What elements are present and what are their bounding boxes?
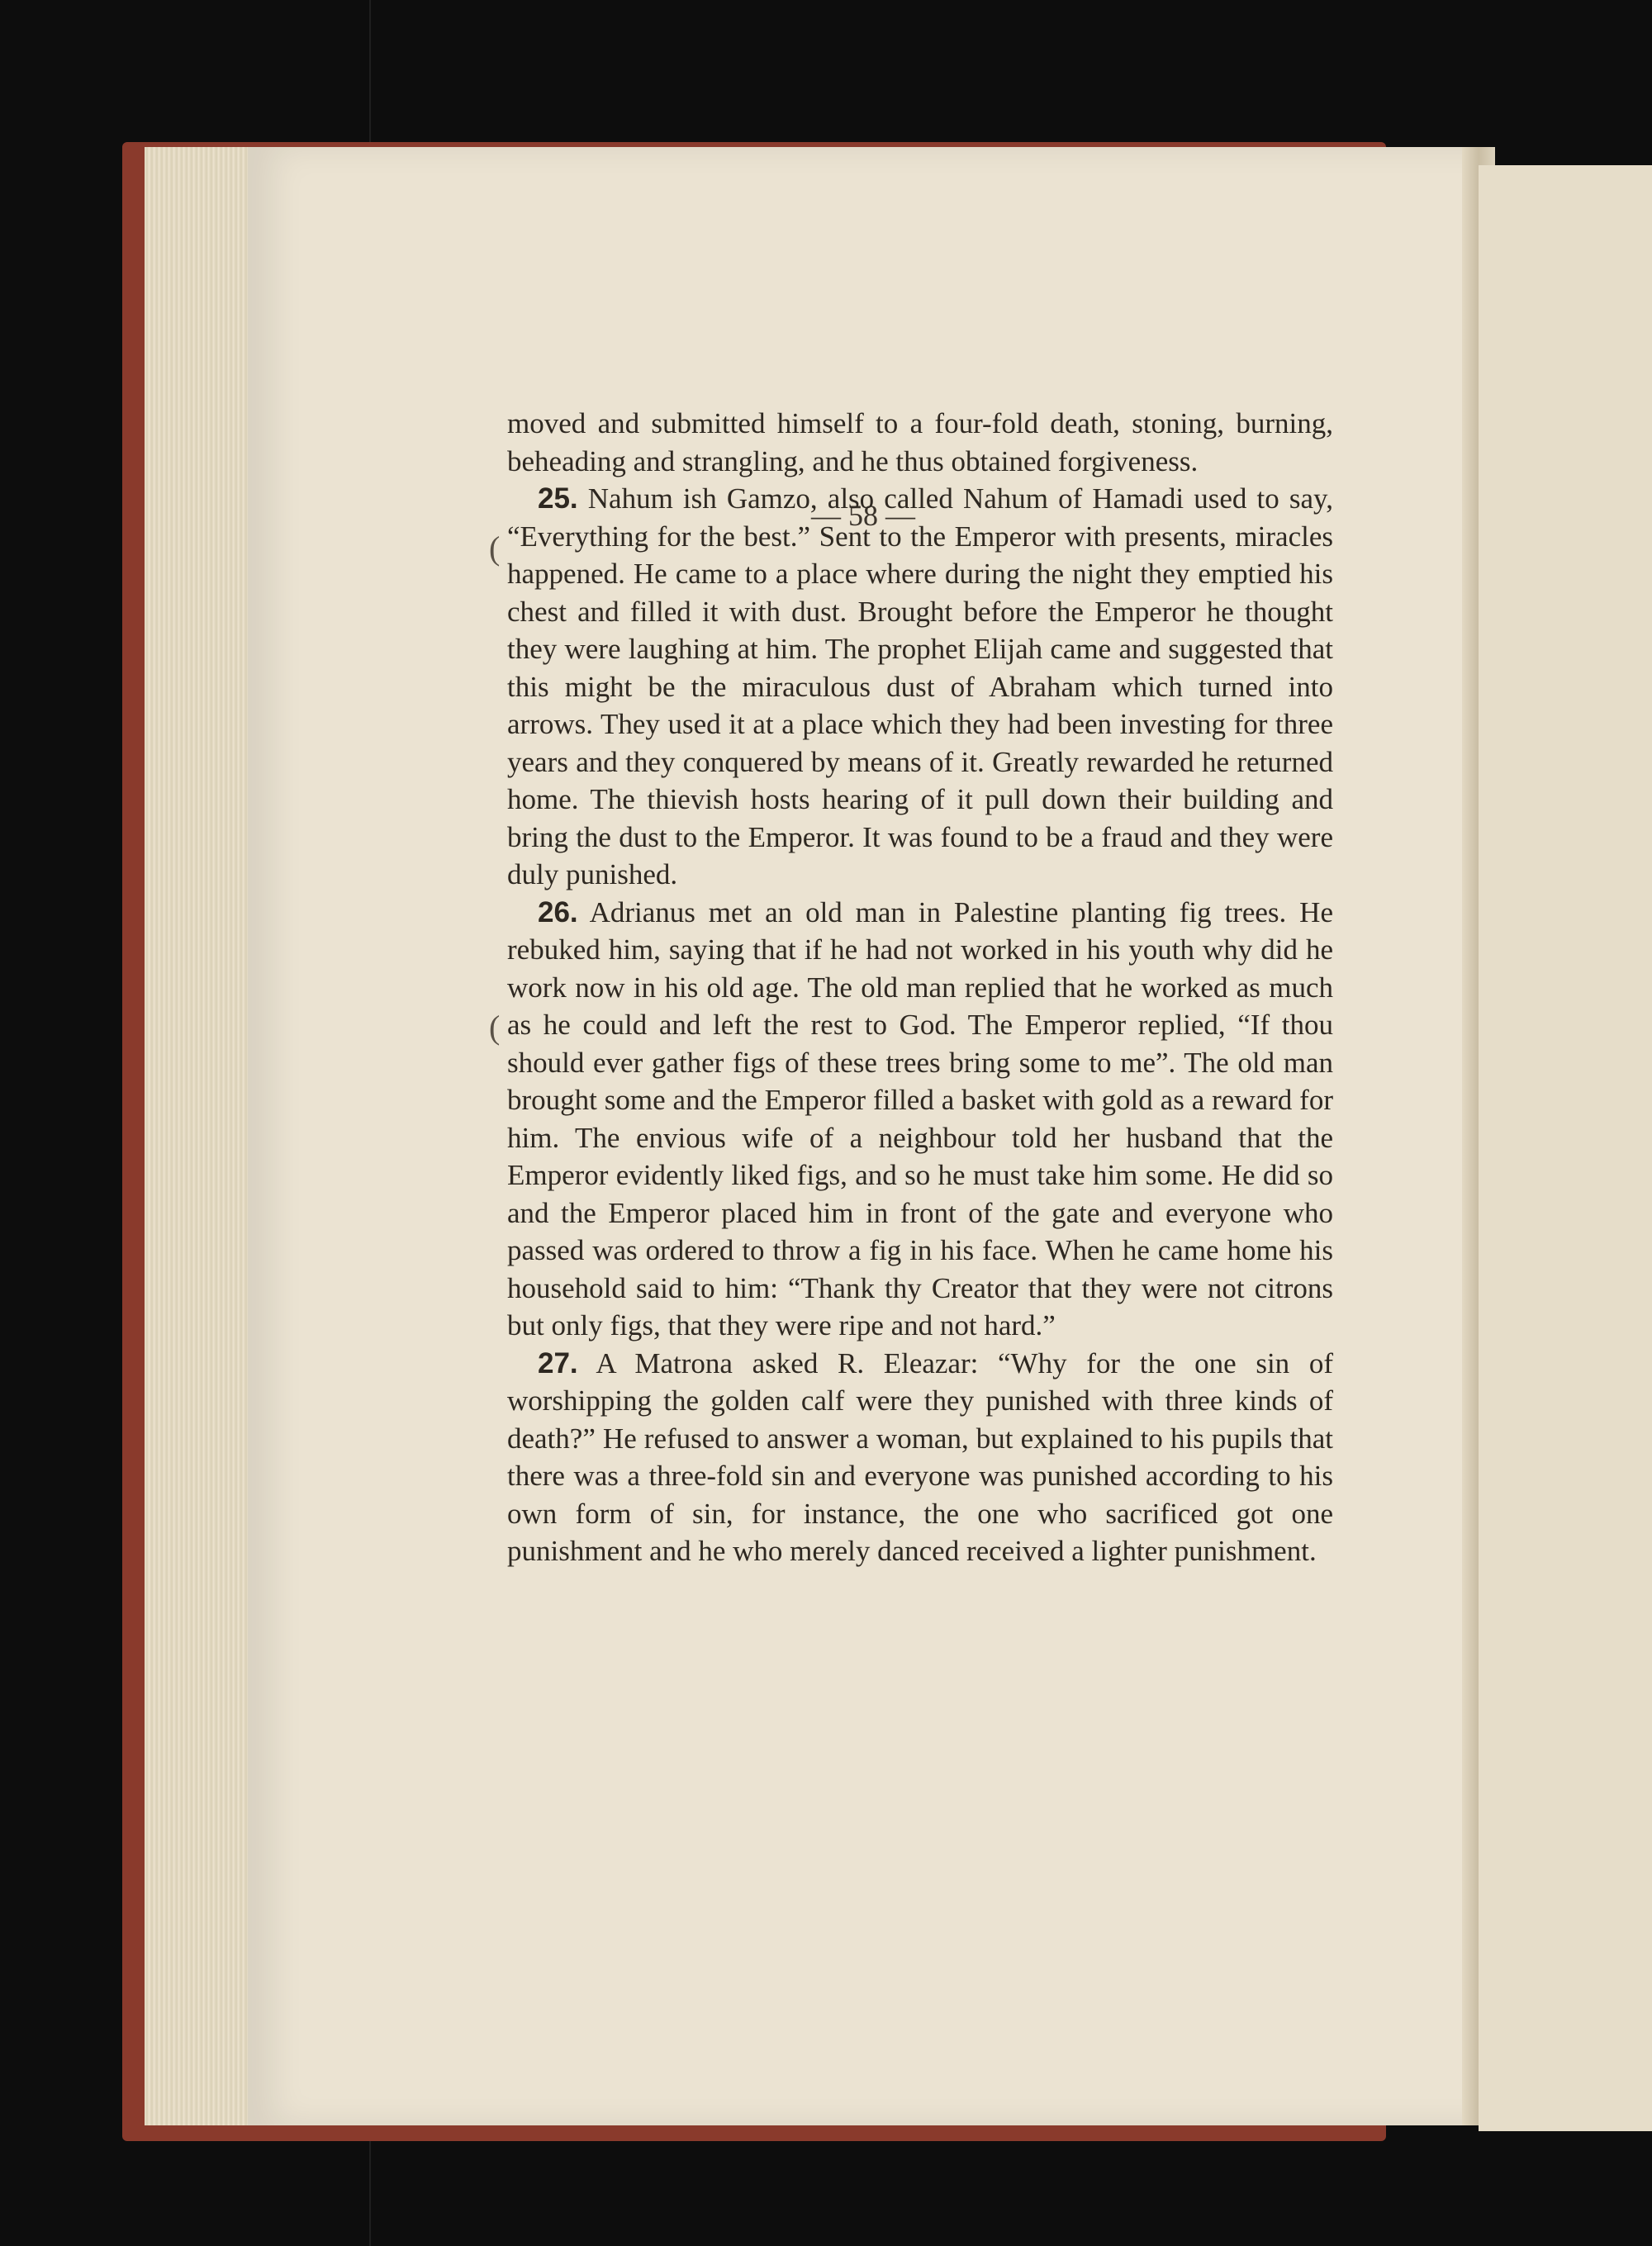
paragraph-26: 26. Adrianus met an old man in Palestine… — [507, 894, 1333, 1345]
paragraph-25: 25. Nahum ish Gamzo, also called Nahum o… — [507, 480, 1333, 894]
paragraph-continuation: moved and submitted himself to a four-fo… — [507, 405, 1333, 480]
pencil-mark: ( — [489, 529, 500, 567]
paragraph-27: 27. A Matrona asked R. Eleazar: “Why for… — [507, 1345, 1333, 1570]
body-text: moved and submitted himself to a four-fo… — [507, 405, 1333, 1570]
paragraph-number: 25. — [538, 482, 578, 515]
paragraph-number: 26. — [538, 896, 578, 928]
paragraph-number: 27. — [538, 1347, 578, 1379]
facing-page — [1479, 165, 1652, 2131]
pencil-mark: ( — [489, 1008, 500, 1047]
